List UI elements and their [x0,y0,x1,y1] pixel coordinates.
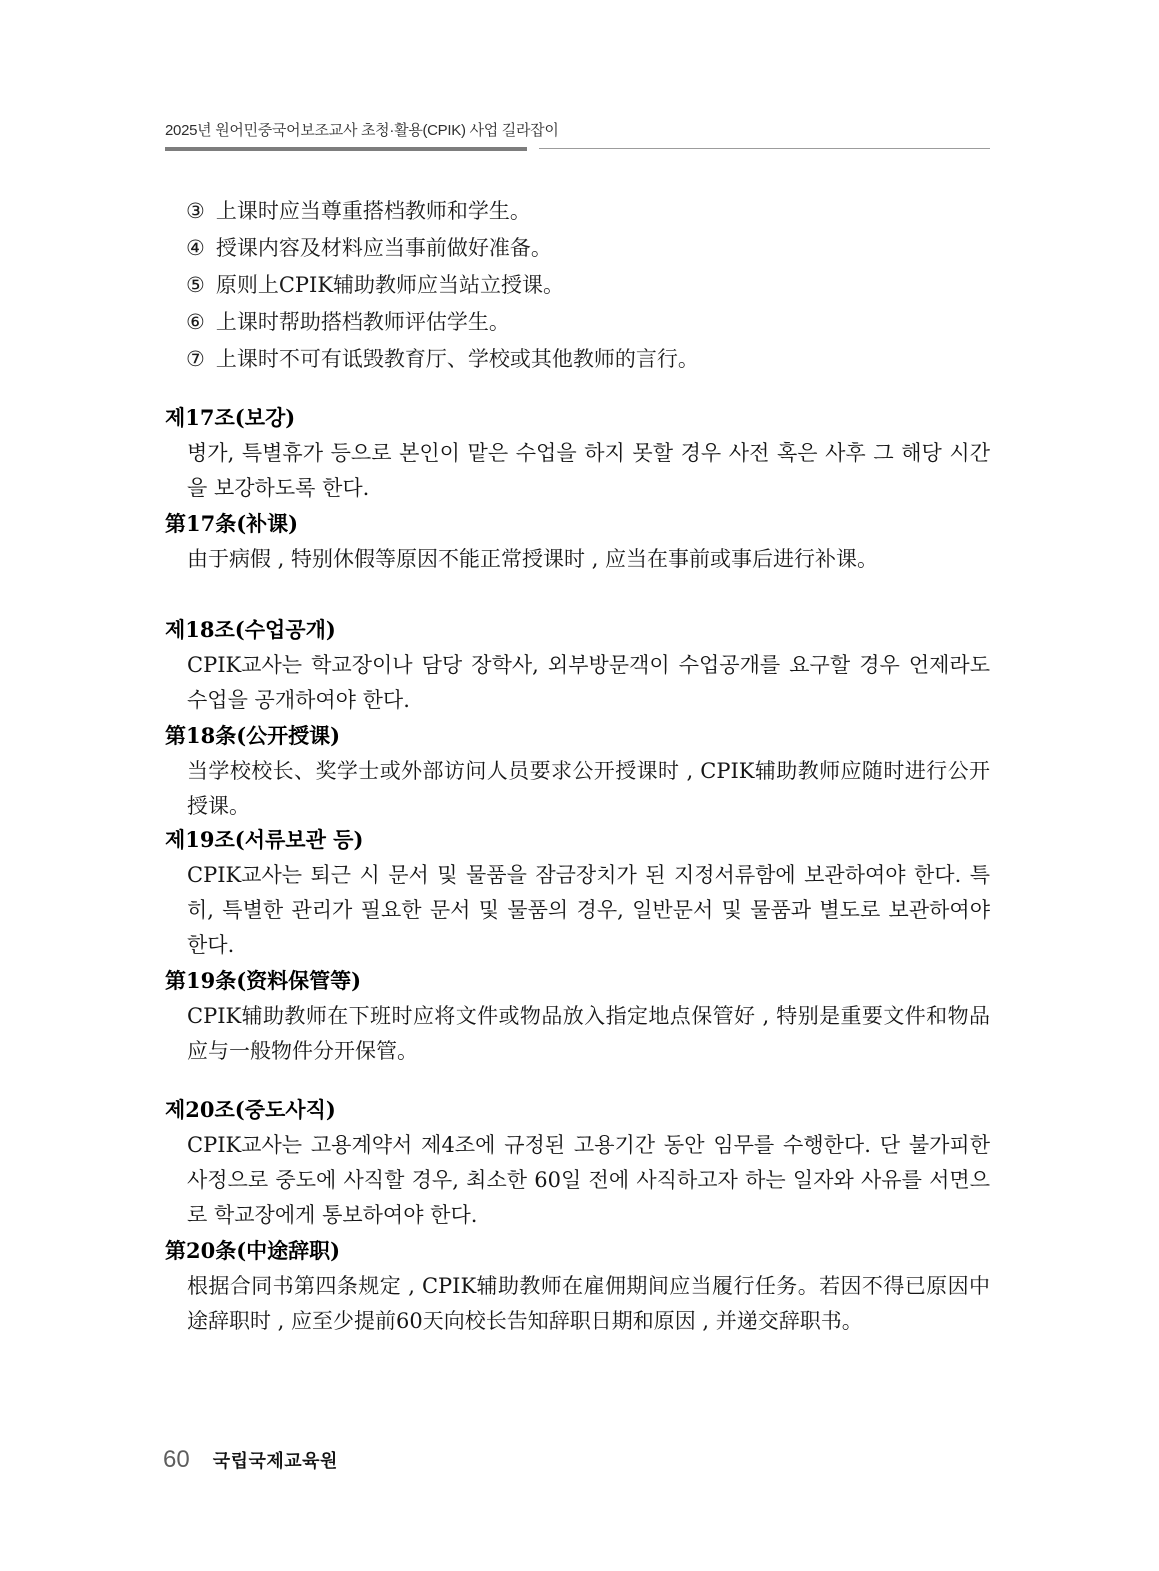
list-item: ⑥ 上课时帮助搭档教师评估学生。 [165,304,990,341]
page-number: 60 [163,1446,190,1474]
item-text: 授课内容及材料应当事前做好准备。 [216,230,552,267]
item-text: 上课时不可有诋毁教育厅、学校或其他教师的言行。 [216,341,699,378]
chinese-heading: 第20条(中途辞职) [165,1233,990,1269]
item-number: ⑤ [186,267,205,304]
korean-paragraph: CPIK교사는 퇴근 시 문서 및 물품을 잠금장치가 된 지정서류함에 보관하… [165,858,990,963]
section-article-17: 제17조(보강) 병가, 특별휴가 등으로 본인이 맡은 수업을 하지 못할 경… [165,400,990,577]
korean-paragraph: CPIK교사는 학교장이나 담당 장학사, 외부방문객이 수업공개를 요구할 경… [165,648,990,718]
korean-heading: 제19조(서류보관 등) [165,822,990,858]
korean-paragraph: CPIK교사는 고용계약서 제4조에 규정된 고용기간 동안 임무를 수행한다.… [165,1128,990,1233]
publisher-name: 국립국제교육원 [213,1447,338,1473]
list-item: ⑦ 上课时不可有诋毁教育厅、学校或其他教师的言行。 [165,341,990,378]
chinese-heading: 第19条(资料保管等) [165,963,990,999]
header-rule [165,146,990,151]
page-footer: 60 국립국제교육원 [163,1446,338,1474]
chinese-heading: 第17条(补课) [165,506,990,542]
section-article-20: 제20조(중도사직) CPIK교사는 고용계약서 제4조에 규정된 고용기간 동… [165,1092,990,1339]
korean-paragraph: 병가, 특별휴가 등으로 본인이 맡은 수업을 하지 못할 경우 사전 혹은 사… [165,436,990,506]
section-article-18: 제18조(수업공개) CPIK교사는 학교장이나 담당 장학사, 외부방문객이 … [165,612,990,824]
header-rule-thin [539,148,990,149]
numbered-list: ③ 上课时应当尊重搭档教师和学生。 ④ 授课内容及材料应当事前做好准备。 ⑤ 原… [165,193,990,378]
header-title: 2025년 원어민중국어보조교사 초청·활용(CPIK) 사업 길라잡이 [165,119,559,140]
item-text: 上课时帮助搭档教师评估学生。 [216,304,510,341]
chinese-heading: 第18条(公开授课) [165,718,990,754]
chinese-paragraph: 根据合同书第四条规定 , CPIK辅助教师在雇佣期间应当履行任务。若因不得已原因… [165,1269,990,1339]
document-page: 2025년 원어민중국어보조교사 초청·활용(CPIK) 사업 길라잡이 ③ 上… [0,0,1159,1571]
chinese-paragraph: CPIK辅助教师在下班时应将文件或物品放入指定地点保管好 , 特别是重要文件和物… [165,999,990,1069]
korean-heading: 제20조(중도사직) [165,1092,990,1128]
item-number: ④ [186,230,205,267]
header-rule-thick [165,147,527,151]
korean-heading: 제18조(수업공개) [165,612,990,648]
item-text: 原则上CPIK辅助教师应当站立授课。 [216,267,564,304]
item-number: ⑦ [186,341,205,378]
chinese-paragraph: 当学校校长、奖学士或外部访问人员要求公开授课时 , CPIK辅助教师应随时进行公… [165,754,990,824]
list-item: ⑤ 原则上CPIK辅助教师应当站立授课。 [165,267,990,304]
korean-heading: 제17조(보강) [165,400,990,436]
section-article-19: 제19조(서류보관 등) CPIK교사는 퇴근 시 문서 및 물품을 잠금장치가… [165,822,990,1069]
list-item: ④ 授课内容及材料应当事前做好准备。 [165,230,990,267]
item-number: ⑥ [186,304,205,341]
item-text: 上课时应当尊重搭档教师和学生。 [216,193,531,230]
list-item: ③ 上课时应当尊重搭档教师和学生。 [165,193,990,230]
item-number: ③ [186,193,205,230]
chinese-paragraph: 由于病假 , 特别休假等原因不能正常授课时 , 应当在事前或事后进行补课。 [165,542,990,577]
